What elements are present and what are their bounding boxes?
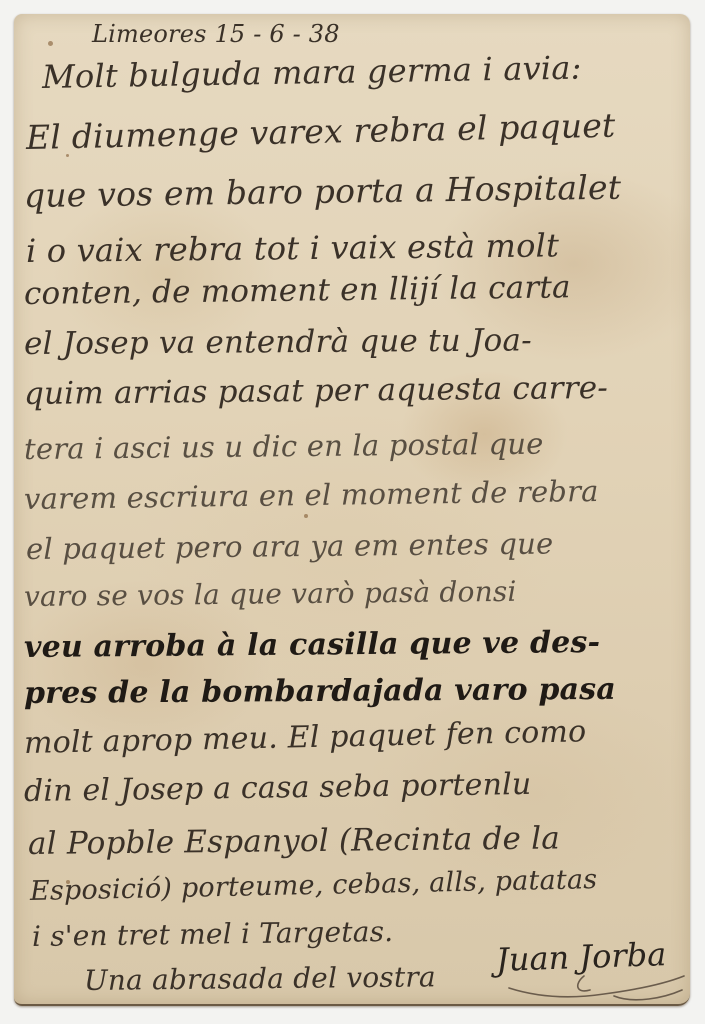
body-line: Esposició) porteume, cebas, alls, patata…	[30, 864, 598, 907]
body-line: al Popble Espanyol (Recinta de la	[28, 820, 560, 862]
postcard: Limeores 15 - 6 - 38 Molt bulguda mara g…	[14, 14, 690, 1006]
body-line: i s'en tret mel i Targetas.	[32, 915, 394, 953]
signature-flourish	[504, 966, 694, 1006]
body-line: quim arrias pasat per aquesta carre-	[24, 370, 608, 412]
body-line: varo se vos la que varò pasà donsi	[24, 575, 517, 613]
body-line: i o vaix rebra tot i vaix està molt	[26, 226, 559, 270]
body-line: el paquet pero ara ya em entes que	[26, 526, 554, 566]
body-line: molt aprop meu. El paquet fen como	[24, 714, 587, 761]
body-line: El diumenge varex rebra el paquet	[26, 106, 616, 157]
stain-spot	[48, 41, 53, 46]
body-line: que vos em baro porta a Hospitalet	[24, 168, 622, 215]
body-line: varem escriura en el moment de rebra	[24, 474, 599, 516]
salutation: Molt bulguda mara germa i avia:	[42, 49, 582, 96]
body-line: conten, de moment en llijí la carta	[24, 269, 571, 312]
body-line: pres de la bombardajada varo pasa	[24, 672, 616, 711]
body-line: tera i asci us u dic en la postal que	[24, 427, 544, 466]
body-line: veu arroba à la casilla que ve des-	[24, 625, 601, 665]
stain-spot	[304, 514, 308, 518]
closing-line: Una abrasada del vostra	[84, 960, 436, 997]
date-line: Limeores 15 - 6 - 38	[92, 20, 340, 48]
body-line: din el Josep a casa seba portenlu	[24, 767, 532, 809]
body-line: el Josep va entendrà que tu Joa-	[24, 322, 532, 362]
